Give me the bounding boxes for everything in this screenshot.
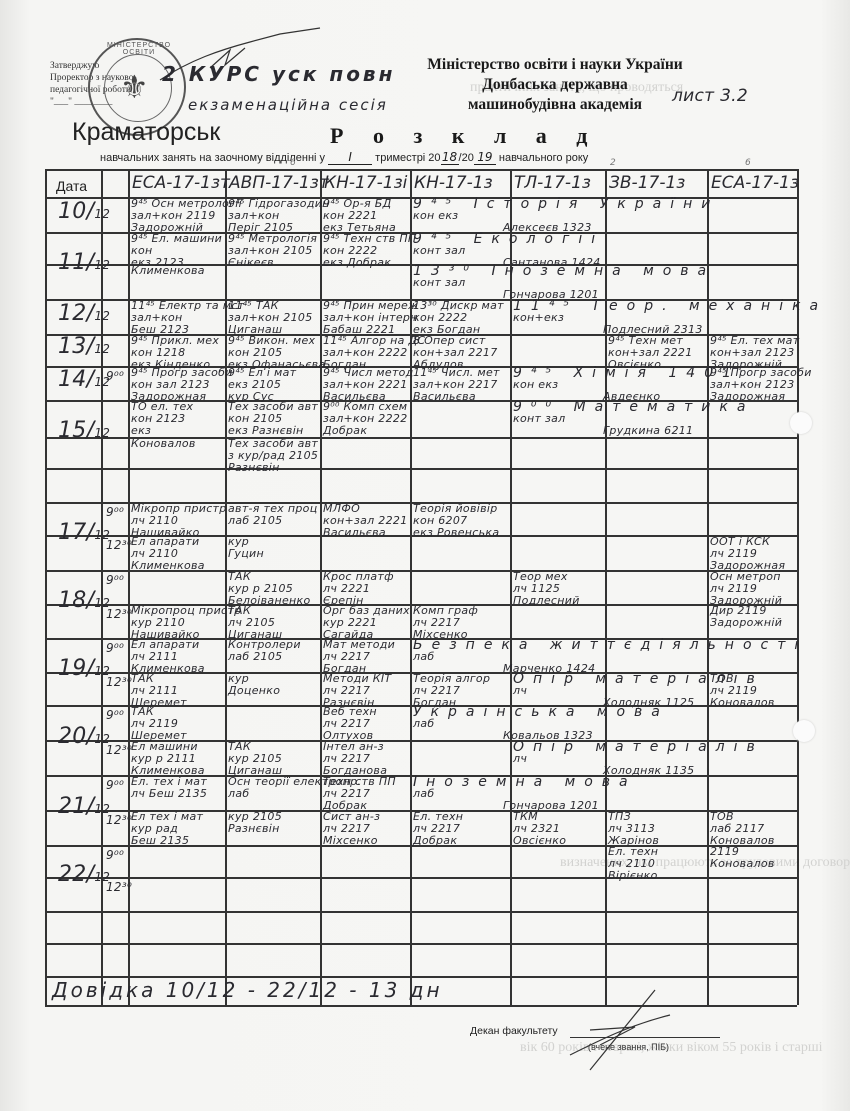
schedule-cell: МЛФОкон+зал 2221Васильєва [323, 503, 407, 539]
schedule-cell: ООТ і КСКлч 2119Задорожная [710, 536, 794, 572]
cell-line: Разнєвін [228, 823, 317, 835]
schedule-cell: 13³⁰ Іноземна моваконт залГончарова 1201 [413, 265, 704, 301]
time-label: 9⁰⁰ [106, 641, 124, 655]
grid-line [45, 943, 797, 945]
schedule-cell: Теорія йовівіркон 6207екз Ровенська [413, 503, 507, 539]
schedule-cell: Українська мовалабКовальов 1323 [413, 706, 704, 742]
punch-hole [790, 412, 812, 434]
cell-line: Клименкова [131, 265, 222, 277]
schedule-cell: Коновалов [131, 438, 222, 450]
date-label: 18/12 [58, 588, 110, 613]
column-count-note: 6 [290, 158, 296, 168]
column-count-note: 6 [745, 158, 751, 168]
cell-line: екз Ровенська [413, 527, 507, 539]
schedule-cell: курГуцин [228, 536, 317, 560]
cell-line: Доценко [228, 685, 317, 697]
scanned-page: практичних занять, що проводяться визнач… [0, 0, 850, 1111]
time-label: 12³⁰ [106, 607, 132, 621]
time-label: 9⁰⁰ [106, 848, 124, 862]
cell-line: лаб [228, 788, 317, 800]
grid-line [410, 169, 412, 1005]
time-label: 12³⁰ [106, 743, 132, 757]
punch-hole [793, 720, 815, 742]
grid-line [45, 169, 47, 1005]
schedule-cell: 9⁴⁵ Хімія 1401кон екзАвдеєнко [513, 367, 704, 403]
schedule-cell: 2119Коновалов [710, 846, 794, 870]
grid-line [225, 169, 227, 1005]
date-label: 11/12 [58, 250, 110, 275]
schedule-cell: Ел тех і маткур радБеш 2135 [131, 811, 222, 847]
cell-line: Українська мова [413, 706, 704, 718]
subtitle-middle: триместрі 20 [375, 152, 440, 164]
schedule-cell: 9⁰⁰ Комп схемзал+кон 2222Добрак [323, 401, 407, 437]
schedule-cell: ТАКлч 2119Шеремет [131, 706, 222, 742]
date-label: 21/12 [58, 794, 110, 819]
cell-line: Овсієнко [513, 835, 602, 847]
cell-line: Васильєва [323, 527, 407, 539]
group-column-header: ЕСА-17-1зт [132, 173, 230, 193]
schedule-cell: 13³⁰ Дискр маткон 2222екз Богдан [413, 300, 507, 336]
time-label: 9⁰⁰ [106, 505, 124, 519]
schedule-cell: ТАКкур р 2105Белоіваненко [228, 571, 317, 607]
group-column-header: АВП-17-1зт [229, 173, 329, 193]
schedule-cell: Ел апаратилч 2111Клименкова [131, 639, 222, 675]
cell-line: Опір матеріалів [513, 673, 704, 685]
schedule-cell: Мікропр пристрлч 2110Нашивайко [131, 503, 222, 539]
time-label: 12³⁰ [106, 538, 132, 552]
schedule-cell: Осн метроплч 2119Задорожній [710, 571, 794, 607]
group-column-header: ТЛ-17-1з [514, 173, 591, 193]
schedule-cell: 9⁴⁵ Ел і матекз 2105кур Сус [228, 367, 317, 403]
cell-line: Добрак [323, 425, 407, 437]
ministry-line: Міністерство освіти і науки України [400, 55, 710, 75]
schedule-cell: Орг баз данихкур 2221Сагайда [323, 605, 407, 641]
group-column-header: ЕСА-17-1з [711, 173, 799, 193]
ministry-line: машинобудівна академія [400, 95, 710, 115]
schedule-cell: 9⁴⁵ Прогр засобикон зал 2123Задорожная [131, 367, 222, 403]
schedule-cell: Інтел ан-злч 2217Богданова [323, 741, 407, 777]
schedule-cell: ТАКкур 2105Циганаш [228, 741, 317, 777]
date-label: 14/12 [58, 367, 110, 392]
time-label: 12³⁰ [106, 813, 132, 827]
column-count-note: 2 [610, 158, 616, 168]
year-from: 18 [441, 150, 459, 165]
schedule-cell: 11⁴⁵ Електр та мстзал+конБеш 2123 [131, 300, 222, 336]
schedule-cell: 9⁴⁵ Історія Україникон екзАлексеєв 1323 [413, 198, 704, 234]
cell-line: лаб 2105 [228, 651, 317, 663]
schedule-cell: ТО ел. техкон 2123екз [131, 401, 222, 437]
date-label: 10/12 [58, 199, 110, 224]
schedule-cell: 9⁴⁵ Гідрогазодинзал+конПеріг 2105 [228, 198, 317, 234]
schedule-cell: 9⁴⁵ Ор-я БДкон 2221екз Тетьяна [323, 198, 407, 234]
schedule-cell: Ел. технлч 2217Добрак [413, 811, 507, 847]
schedule-cell: Методи КІТлч 2217Разнєвін [323, 673, 407, 709]
sheet-number-note: лист 3.2 [672, 86, 748, 106]
schedule-cell: Ел. тех і матлч Беш 2135 [131, 776, 222, 800]
cell-line: Гуцин [228, 548, 317, 560]
bleed-through-text: визначених, які працюють за трудовими до… [560, 855, 850, 871]
schedule-cell: 11⁴⁵ ТАКзал+кон 2105Циганаш [228, 300, 317, 336]
cell-line: Беш 2135 [131, 835, 222, 847]
schedule-cell: ТАКлч 2111Шеремет [131, 673, 222, 709]
schedule-cell: Клименкова [131, 265, 222, 277]
schedule-cell: 11⁴⁵ Теор. механікакон+екзПодлесний 2313 [513, 300, 704, 336]
grid-line [45, 1005, 797, 1007]
grid-line [320, 169, 322, 1005]
group-column-header: ЗВ-17-1з [609, 173, 685, 193]
schedule-cell: ТОВлаб 2117Коновалов [710, 811, 794, 847]
cell-line: екз [131, 425, 222, 437]
cell-line: Клименкова [131, 560, 222, 572]
schedule-cell: кур 2105Разнєвін [228, 811, 317, 835]
schedule-cell: авт-я тех процлаб 2105 [228, 503, 317, 527]
cell-line: Міхсенко [323, 835, 407, 847]
cell-line: Іноземна мова [413, 776, 704, 788]
schedule-cell: 11⁴⁵ Числ. метзал+кон 2217Васильєва [413, 367, 507, 403]
cell-line: лч Беш 2135 [131, 788, 222, 800]
time-label: 9⁰⁰ [106, 369, 124, 383]
handwritten-course-title: 2 КУРС уск повн [162, 62, 395, 86]
schedule-cell: Веб технлч 2217Олтухов [323, 706, 407, 742]
time-label: 9⁰⁰ [106, 778, 124, 792]
city-name: Краматорськ [72, 118, 220, 147]
date-label: 13/12 [58, 334, 110, 359]
ministry-heading: Міністерство освіти і науки України Донб… [400, 55, 710, 115]
cell-line: екз Разнєвін [228, 425, 317, 437]
schedule-cell: 9⁰⁰ Математикаконт залГрудкина 6211 [513, 401, 704, 437]
cell-line: Коновалов [710, 858, 794, 870]
schedule-cell: 9⁴⁵ Осн метрологіїзал+кон 2119Задорожній [131, 198, 222, 234]
schedule-cell: 9⁴⁵ Прогр засобизал+кон 2123Задорожная [710, 367, 794, 403]
schedule-cell: Ел машиникур р 2111Клименкова [131, 741, 222, 777]
year-sep: /20 [459, 152, 474, 164]
schedule-subtitle: навчальних занять на заочному відділенні… [100, 150, 588, 165]
subtitle-suffix: навчального року [499, 152, 588, 164]
schedule-cell: ТПЗлч 3113Жарінов [608, 811, 704, 847]
cell-line: Єнікеєв [228, 257, 317, 269]
cell-line: Разнєвін [228, 462, 317, 474]
date-label: 20/12 [58, 724, 110, 749]
cell-line: Задорожній [710, 617, 794, 629]
grid-line [45, 911, 797, 913]
schedule-cell: Тех засоби авткон 2105екз Разнєвін [228, 401, 317, 437]
schedule-cell: Комп графлч 2217Міхсенко [413, 605, 507, 641]
time-label: 12³⁰ [106, 880, 132, 894]
time-label: 12³⁰ [106, 675, 132, 689]
cell-line: Опір матеріалів [513, 741, 704, 753]
schedule-cell: Сист ан-злч 2217Міхсенко [323, 811, 407, 847]
schedule-cell: Мат методилч 2217Богдан [323, 639, 407, 675]
group-column-header: КН-17-1зі [324, 173, 407, 193]
schedule-cell: ТКМлч 2321Овсієнко [513, 811, 602, 847]
cell-line: Вірієнко [608, 870, 704, 882]
schedule-cell: 9⁴⁵ Техн ств ППкон 2222екз Добрак [323, 233, 407, 269]
year-to: 19 [474, 150, 496, 165]
schedule-cell: 9⁴⁵ Прин мережзал+кон інтернБабаш 2221 [323, 300, 407, 336]
schedule-cell: ТОВлч 2119Коновалов [710, 673, 794, 709]
schedule-title: Р о з к л а д [330, 123, 599, 149]
group-column-header: КН-17-1з [414, 173, 493, 193]
schedule-cell: Опір матеріалівлчХолодняк 1135 [513, 741, 704, 777]
schedule-cell: Мікропроц пристркур 2110Нашивайко [131, 605, 222, 641]
grid-line [707, 169, 709, 1005]
schedule-cell: Тех засоби автз кур/рад 2105Разнєвін [228, 438, 317, 474]
cell-line: Подлесний [513, 595, 602, 607]
schedule-cell: Безпека життєдіяльностілабМарченко 1424 [413, 639, 704, 675]
date-label: 17/12 [58, 520, 110, 545]
schedule-cell: Дир 2119Задорожній [710, 605, 794, 629]
cell-line: Васильєва [413, 391, 507, 403]
date-label: 19/12 [58, 656, 110, 681]
trident-emblem-icon: ⚜ [120, 68, 149, 106]
date-label: 12/12 [58, 301, 110, 326]
trimester-value: I [328, 150, 372, 165]
date-label: 22/12 [58, 862, 110, 887]
schedule-cell: Техн ств ППлч 2217Добрак [323, 776, 407, 812]
grid-line [797, 169, 799, 1005]
schedule-cell: Ел. технлч 2110Вірієнко [608, 846, 704, 882]
schedule-cell: Осн теорії електропр.лаб [228, 776, 317, 800]
cell-line: Безпека життєдіяльності [413, 639, 704, 651]
time-label: 9⁰⁰ [106, 708, 124, 722]
cell-line: Грудкина 6211 [513, 425, 704, 437]
grid-line [45, 169, 797, 171]
cell-line: Коновалов [710, 697, 794, 709]
schedule-cell: Теор мехлч 1125Подлесний [513, 571, 602, 607]
schedule-cell: 9⁴⁵ Метрологіязал+кон 2105Єнікеєв [228, 233, 317, 269]
dean-label: Декан факультету [470, 1025, 558, 1037]
cell-line: Добрак [413, 835, 507, 847]
cell-line: Коновалов [131, 438, 222, 450]
handwritten-session-subtitle: екзаменаційна сесія [188, 96, 388, 114]
schedule-cell: Контролерилаб 2105 [228, 639, 317, 663]
schedule-cell: Крос платфлч 2221Єрепін [323, 571, 407, 607]
date-column-header: Дата [56, 178, 87, 194]
ministry-line: Донбаська державна [400, 75, 710, 95]
dean-signature [560, 985, 680, 1075]
schedule-cell: 9⁴⁵ Числ методзал+кон 2221Васильєва [323, 367, 407, 403]
schedule-cell: Іноземна мовалабГончарова 1201 [413, 776, 704, 812]
schedule-cell: ТАКлч 2105Циганаш [228, 605, 317, 641]
reference-note: Довідка 10/12 - 22/12 - 13 дн [52, 978, 443, 1002]
grid-line [45, 468, 797, 470]
date-label: 15/12 [58, 418, 110, 443]
schedule-cell: курДоценко [228, 673, 317, 697]
cell-line: лаб 2105 [228, 515, 317, 527]
schedule-cell: Ел апаратилч 2110Клименкова [131, 536, 222, 572]
time-label: 9⁰⁰ [106, 573, 124, 587]
cell-line: екз Добрак [323, 257, 407, 269]
